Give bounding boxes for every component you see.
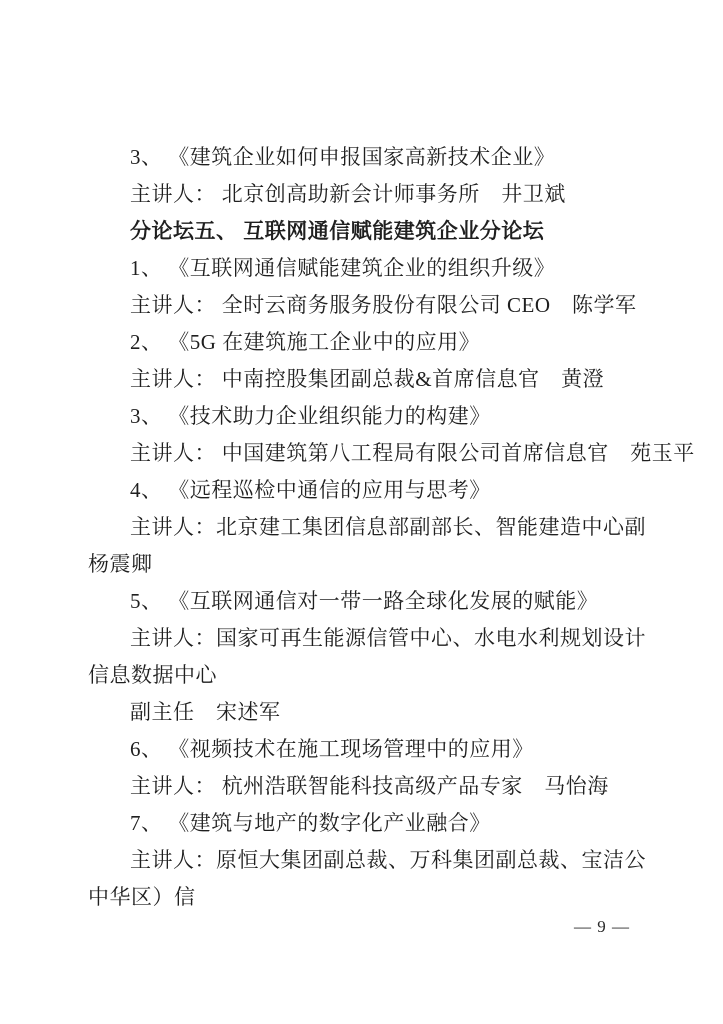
speaker-line: 主讲人： 中南控股集团副总裁&首席信息官 黄澄: [88, 361, 646, 398]
section-heading: 分论坛五、 互联网通信赋能建筑企业分论坛: [88, 213, 646, 250]
item-title: 2、 《5G 在建筑施工企业中的应用》: [88, 324, 646, 361]
item-title: 3、 《建筑企业如何申报国家高新技术企业》: [88, 139, 646, 176]
item-title: 5、 《互联网通信对一带一路全球化发展的赋能》: [88, 583, 646, 620]
item-title: 7、 《建筑与地产的数字化产业融合》: [88, 805, 646, 842]
item-title: 4、 《远程巡检中通信的应用与思考》: [88, 472, 646, 509]
document-page: 3、 《建筑企业如何申报国家高新技术企业》主讲人： 北京创高助新会计师事务所 井…: [0, 0, 723, 1024]
speaker-line: 主讲人：北京建工集团信息部副部长、智能建造中心副主任: [88, 509, 646, 546]
page-number: — 9 —: [574, 917, 630, 937]
speaker-line: 主讲人： 中国建筑第八工程局有限公司首席信息官 苑玉平: [88, 435, 646, 472]
speaker-line: 主讲人： 杭州浩联智能科技高级产品专家 马怡海: [88, 768, 646, 805]
speaker-line: 主讲人： 全时云商务服务股份有限公司 CEO 陈学军: [88, 287, 646, 324]
continuation-line: 信息数据中心: [88, 657, 646, 694]
speaker-line: 主讲人：国家可再生能源信管中心、水电水利规划设计总院: [88, 620, 646, 657]
speaker-line: 副主任 宋述军: [88, 694, 646, 731]
continuation-line: 中华区）信: [88, 879, 646, 916]
speaker-line: 主讲人： 北京创高助新会计师事务所 井卫斌: [88, 176, 646, 213]
item-title: 6、 《视频技术在施工现场管理中的应用》: [88, 731, 646, 768]
item-title: 1、 《互联网通信赋能建筑企业的组织升级》: [88, 250, 646, 287]
speaker-line: 主讲人：原恒大集团副总裁、万科集团副总裁、宝洁公司（大: [88, 842, 646, 879]
continuation-line: 杨震卿: [88, 546, 646, 583]
document-body: 3、 《建筑企业如何申报国家高新技术企业》主讲人： 北京创高助新会计师事务所 井…: [88, 139, 646, 916]
item-title: 3、 《技术助力企业组织能力的构建》: [88, 398, 646, 435]
